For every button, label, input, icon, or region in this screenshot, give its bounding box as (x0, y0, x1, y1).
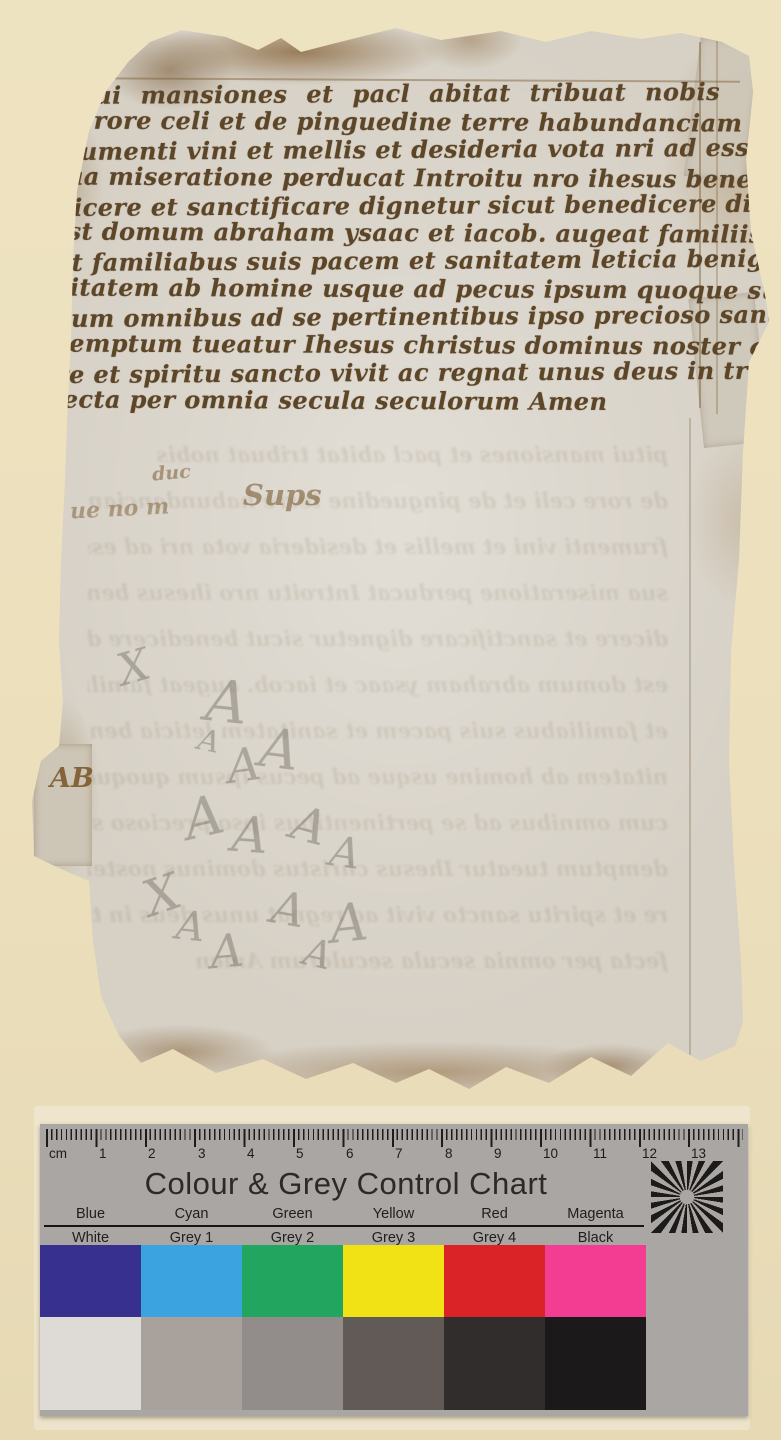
chart-title: Colour & Grey Control Chart (40, 1166, 652, 1202)
text-line: de rore celi et de pinguedine terre habu… (52, 106, 716, 137)
grey-patch-grey3 (343, 1317, 444, 1410)
photograph-backdrop: pitui mansiones et pacl abitat tribuat n… (0, 0, 781, 1440)
colour-patch-magenta (545, 1245, 646, 1317)
ruler-number: 3 (198, 1146, 206, 1161)
colour-patch-cyan (141, 1245, 242, 1317)
pen-trial-doodle: A (174, 903, 208, 952)
edge-ink-label: AB (50, 763, 94, 794)
pen-trial-doodle: A (208, 923, 246, 980)
label-divider-rule (44, 1225, 644, 1227)
ruler-number: 4 (247, 1146, 255, 1161)
ruler-centimetre-ticks (46, 1129, 743, 1147)
grey-label: Grey 2 (242, 1230, 343, 1246)
colour-label: Blue (40, 1206, 141, 1222)
ruler-number: 1 (99, 1146, 107, 1161)
colour-patch-green (242, 1245, 343, 1317)
grey-label: Grey 4 (444, 1230, 545, 1246)
grey-patch-black (545, 1317, 646, 1410)
marginal-note: duc (151, 460, 191, 485)
ruler-number: 7 (395, 1146, 403, 1161)
ruler-number: 13 (691, 1146, 706, 1161)
colour-label: Magenta (545, 1206, 646, 1222)
colour-label: Yellow (343, 1206, 444, 1222)
grey-patch-grey4 (444, 1317, 545, 1410)
grey-patch-grey1 (141, 1317, 242, 1410)
grey-patch-white (40, 1317, 141, 1410)
pen-trial-doodle: A (256, 716, 302, 783)
pen-trial-doodle: A (230, 805, 270, 865)
ruler-number: 2 (148, 1146, 156, 1161)
colour-patch-yellow (343, 1245, 444, 1317)
colour-patch-blue (40, 1245, 141, 1317)
grey-label: Black (545, 1230, 646, 1246)
marginal-note: ue no m (69, 493, 169, 524)
siemens-star-icon (651, 1161, 723, 1233)
ruler-number: 9 (494, 1146, 502, 1161)
ruler-number: 12 (642, 1146, 657, 1161)
text-line: sua miseratione perducat Introitu nro ih… (52, 162, 716, 193)
grey-label: Grey 1 (141, 1230, 242, 1246)
colour-patch-red (444, 1245, 545, 1317)
grey-label: White (40, 1230, 141, 1246)
colour-control-chart: cm 1 2 3 4 5 6 7 8 9 10 11 12 13 Colour … (40, 1124, 748, 1416)
colour-label: Cyan (141, 1206, 242, 1222)
text-line: frumenti vini et mellis et desideria vot… (56, 134, 720, 166)
grey-label: Grey 3 (343, 1230, 444, 1246)
marginal-note: Sups (243, 478, 322, 512)
ruler-number: 10 (543, 1146, 558, 1161)
manuscript-text-block: pitui mansiones et pacl abitat tribuat n… (56, 80, 720, 415)
ruler-number: 8 (445, 1146, 453, 1161)
fold-crease-line (689, 418, 691, 1058)
colour-label: Green (242, 1206, 343, 1222)
text-line: fecta per omnia secula seculorum Amen (52, 385, 716, 416)
colour-label: Red (444, 1206, 545, 1222)
ruler-number: 11 (593, 1146, 607, 1161)
grey-patch-grey2 (242, 1317, 343, 1410)
ruler-number: 5 (296, 1146, 304, 1161)
ruler-unit-label: cm (49, 1146, 67, 1161)
ruler-number: 6 (346, 1146, 354, 1161)
